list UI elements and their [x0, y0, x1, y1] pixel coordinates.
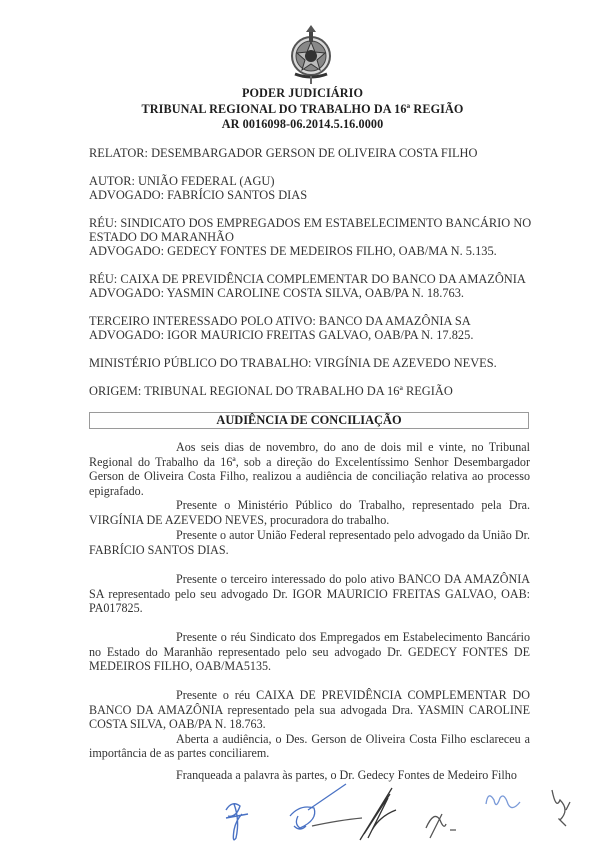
header-tribunal: TRIBUNAL REGIONAL DO TRABALHO DA 16ª REG…: [0, 102, 605, 117]
signature-2: [290, 784, 362, 829]
terceiro-advogado: ADVOGADO: IGOR MAURICIO FREITAS GALVAO, …: [89, 328, 473, 343]
paragraph-terceiro-wrap: Presente o terceiro interessado do polo …: [89, 572, 530, 616]
signature-1: [226, 804, 248, 840]
minutes-body: Aos seis dias de novembro, do ano de doi…: [89, 440, 530, 528]
signatures: [0, 780, 605, 856]
signature-4: [426, 814, 456, 838]
paragraph-reu-2: Presente o réu CAIXA DE PREVIDÊNCIA COMP…: [89, 688, 530, 732]
autor: AUTOR: UNIÃO FEDERAL (AGU): [89, 174, 275, 189]
autor-advogado: ADVOGADO: FABRÍCIO SANTOS DIAS: [89, 188, 307, 203]
relator: RELATOR: DESEMBARGADOR GERSON DE OLIVEIR…: [89, 146, 477, 161]
reu-2: RÉU: CAIXA DE PREVIDÊNCIA COMPLEMENTAR D…: [89, 272, 526, 287]
paragraph-reu2-wrap: Presente o réu CAIXA DE PREVIDÊNCIA COMP…: [89, 688, 530, 761]
paragraph-reu1-wrap: Presente o réu Sindicato dos Empregados …: [89, 630, 530, 674]
header-process-number: AR 0016098-06.2014.5.16.0000: [0, 117, 605, 132]
reu-1-advogado: ADVOGADO: GEDECY FONTES DE MEDEIROS FILH…: [89, 244, 497, 259]
terceiro-interessado: TERCEIRO INTERESSADO POLO ATIVO: BANCO D…: [89, 314, 471, 329]
ministerio-publico: MINISTÉRIO PÚBLICO DO TRABALHO: VIRGÍNIA…: [89, 356, 497, 371]
paragraph-abertura: Aberta a audiência, o Des. Gerson de Oli…: [89, 732, 530, 761]
paragraph-mpt: Presente o Ministério Público do Trabalh…: [89, 498, 530, 527]
paragraph-autor-wrap: Presente o autor União Federal represent…: [89, 528, 530, 557]
brazil-coat-of-arms-icon: [289, 20, 333, 86]
paragraph-reu-1: Presente o réu Sindicato dos Empregados …: [89, 630, 530, 674]
section-title: AUDIÊNCIA DE CONCILIAÇÃO: [89, 412, 529, 429]
reu-2-advogado: ADVOGADO: YASMIN CAROLINE COSTA SILVA, O…: [89, 286, 464, 301]
header-poder-judiciario: PODER JUDICIÁRIO: [0, 86, 605, 101]
paragraph-opening: Aos seis dias de novembro, do ano de doi…: [89, 440, 530, 498]
signature-6: [552, 790, 570, 826]
signature-3: [360, 788, 396, 840]
paragraph-autor: Presente o autor União Federal represent…: [89, 528, 530, 557]
signature-5: [486, 796, 520, 808]
paragraph-terceiro: Presente o terceiro interessado do polo …: [89, 572, 530, 616]
origem: ORIGEM: TRIBUNAL REGIONAL DO TRABALHO DA…: [89, 384, 453, 399]
reu-1: RÉU: SINDICATO DOS EMPREGADOS EM ESTABEL…: [89, 216, 529, 231]
reu-1-line2: ESTADO DO MARANHÃO: [89, 230, 234, 245]
